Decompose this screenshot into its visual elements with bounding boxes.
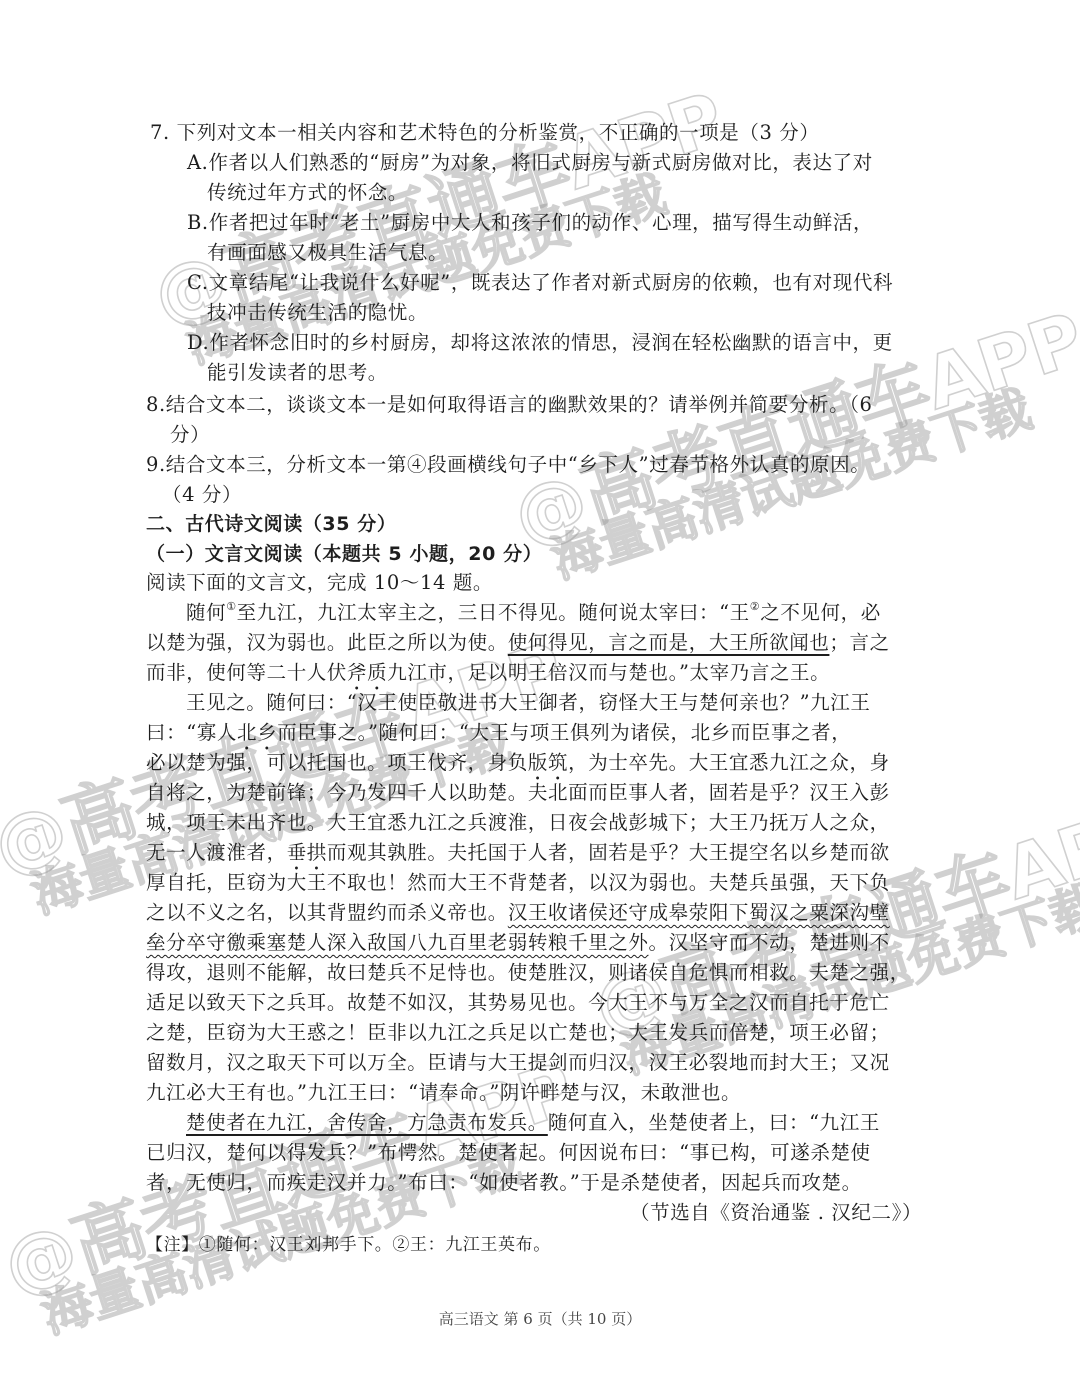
passage-line: 适足以致天下之兵耳。故楚不如汉，其势易见也。今大王不与万全之汉而自托于危亡: [146, 991, 890, 1015]
passage-line: 随何①至九江，九江太宰主之，三日不得见。随何说太宰曰：“王②之不见何，必: [186, 601, 881, 625]
footnote-mark-2: ②: [750, 600, 760, 613]
q7-option-a-cont: 传统过年方式的怀念。: [207, 181, 408, 205]
passage-line: 而非，使何等二十人伏斧质九江市，足以明王倍汉而与楚也。”太宰乃言之王。: [146, 661, 830, 695]
passage-source: （节选自《资治通鉴 . 汉纪二》）: [630, 1201, 922, 1225]
section-instruction: 阅读下面的文言文，完成 10～14 题。: [146, 571, 493, 595]
q7-option-d: D.作者怀念旧时的乡村厨房，却将这浓浓的情思，浸润在轻松幽默的语言中，更: [187, 331, 893, 355]
passage-line: 自将之，为楚前锋；今乃发四千人以助楚。夫北面而臣事人者，固若是乎？汉王入彭: [146, 781, 890, 805]
passage-line: 已归汉，楚何以得发兵？”布愕然。楚使者起。何因说布曰：“事已构，可遂杀楚使: [146, 1141, 871, 1165]
passage-line: 之以不义之名，以其背盟约而杀义帝也。汉王收诸侯还守成皋荥阳下蜀汉之粟深沟壁: [146, 901, 890, 925]
section-title: 二、古代诗文阅读（35 分）: [146, 512, 396, 536]
emphasized-word: 斧质: [347, 661, 387, 684]
wavy-underlined-sentence: 垒分卒守徼乘塞楚人深入敌国八九百里老弱转粮千里之外: [146, 931, 649, 954]
q7-option-a: A.作者以人们熟悉的“厨房”为对象，将旧式厨房与新式厨房做对比，表达了对: [187, 151, 873, 175]
passage-line: 留数月，汉之取天下可以万全。臣请与大王提剑而归汉，汉王必裂地而封大王；又况: [146, 1051, 890, 1075]
section-subtitle: （一）文言文阅读（本题共 5 小题，20 分）: [146, 542, 542, 566]
passage-line: 之楚，臣窃为大王惑之！臣非以九江之兵足以亡楚也；大王发兵而倍楚，项王必留；: [146, 1021, 890, 1045]
footnote-mark-1: ①: [226, 600, 236, 613]
wavy-underlined-sentence: 汉王收诸侯还守成皋荥阳下蜀汉之粟深沟壁: [508, 901, 890, 924]
question-8: 8.结合文本二，谈谈文本一是如何取得语言的幽默效果的？请举例并简要分析。（6: [146, 393, 873, 417]
q7-option-c-cont: 技冲击传统生活的隐忧。: [207, 301, 428, 325]
passage-line: 王见之。随何曰：“汉王使臣敬进书大王御者，窃怪大王与楚何亲也？”九江王: [186, 691, 870, 715]
question-9-cont: （4 分）: [162, 483, 242, 507]
passage-line: 城，项王未出齐也。大王宜悉九江之兵渡淮，日夜会战彭城下；大王乃抚万人之众，: [146, 811, 890, 835]
underlined-sentence: 使何得见，言之而是，大王所欲闻也: [508, 631, 830, 654]
question-7-stem: 7. 下列对文本一相关内容和艺术特色的分析鉴赏，不正确的一项是（3 分）: [150, 121, 820, 145]
q7-option-c: C.文章结尾“让我说什么好呢”，既表达了作者对新式厨房的依赖，也有对现代科: [187, 271, 893, 295]
passage-line: 曰：“寡人北乡而臣事之。”随何曰：“大王与项王俱列为诸侯，北乡而臣事之者，: [146, 721, 851, 755]
passage-line: 得攻，退则不能解，故曰楚兵不足恃也。使楚胜汉，则诸侯自危惧而相救。夫楚之强，: [146, 961, 910, 985]
exam-page: @高考直通车APP 海量高清试题免费下载 @高考直通车APP 海量高清试题免费下…: [0, 0, 1080, 1397]
passage-line: 无一人渡淮者，垂拱而观其孰胜。夫托国于人者，固若是乎？大王提空名以乡楚而欲: [146, 841, 890, 875]
passage-line: 者，无使归，而疾走汉并力。”布曰：“如使者教。”于是杀楚使者，因起兵而攻楚。: [146, 1171, 862, 1195]
footnote: 【注】①随何：汉王刘邦手下。②王：九江王英布。: [146, 1233, 551, 1257]
emphasized-word: 版筑: [528, 751, 568, 774]
passage-line: 必以楚为强，可以托国也。项王伐齐，身负版筑，为士卒先。大王宜悉九江之众，身: [146, 751, 890, 785]
passage-line: 楚使者在九江，舍传舍，方急责布发兵。随何直入，坐楚使者上，曰：“九江王: [186, 1111, 880, 1135]
q7-option-d-cont: 能引发读者的思考。: [207, 361, 388, 385]
passage-line: 垒分卒守徼乘塞楚人深入敌国八九百里老弱转粮千里之外。汉坚守而不动，楚进则不: [146, 931, 890, 955]
emphasized-word: 垂拱: [287, 841, 327, 864]
passage-line: 厚自托，臣窃为大王不取也！然而大王不背楚者，以汉为弱也。夫楚兵虽强，天下负: [146, 871, 890, 895]
q7-option-b-cont: 有画面感又极具生活气息。: [207, 241, 448, 265]
passage-line: 以楚为强，汉为弱也。此臣之所以为使。使何得见，言之而是，大王所欲闻也；言之: [146, 631, 890, 655]
q7-option-b: B.作者把过年时“老土”厨房中大人和孩子们的动作、心理，描写得生动鲜活，: [187, 211, 873, 235]
question-9: 9.结合文本三，分析文本一第④段画横线句子中“乡下人”过春节格外认真的原因。: [146, 453, 870, 477]
underlined-sentence: 楚使者在九江，舍传舍，方急责布发兵。: [186, 1111, 548, 1134]
emphasized-word: 北乡: [237, 721, 277, 744]
page-footer: 高三语文 第 6 页（共 10 页）: [0, 1308, 1080, 1329]
question-8-cont: 分）: [170, 423, 210, 447]
passage-line: 九江必大王有也。”九江王曰：“请奉命。”阴许畔楚与汉，未敢泄也。: [146, 1081, 741, 1105]
watermark: @高考直通车APP: [498, 281, 1080, 563]
